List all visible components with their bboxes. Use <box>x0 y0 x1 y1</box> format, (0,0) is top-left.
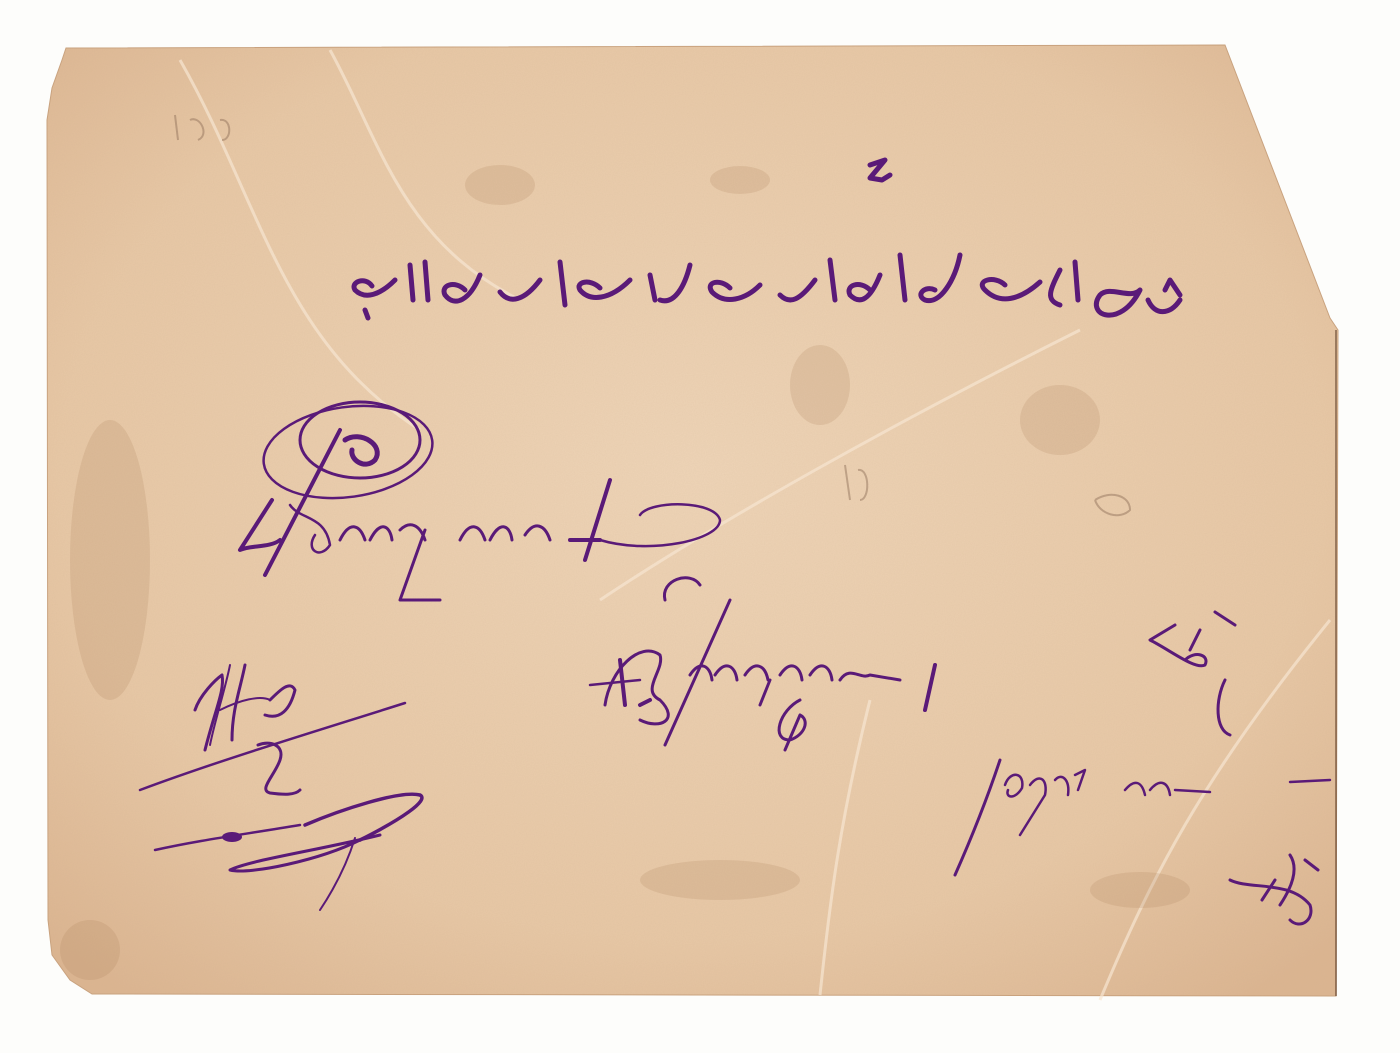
envelope: ٥ ایچانقره اکیلی حضرتلرینه ماده یکیابه ج… <box>0 0 1400 1053</box>
envelope-drawing <box>0 0 1400 1053</box>
